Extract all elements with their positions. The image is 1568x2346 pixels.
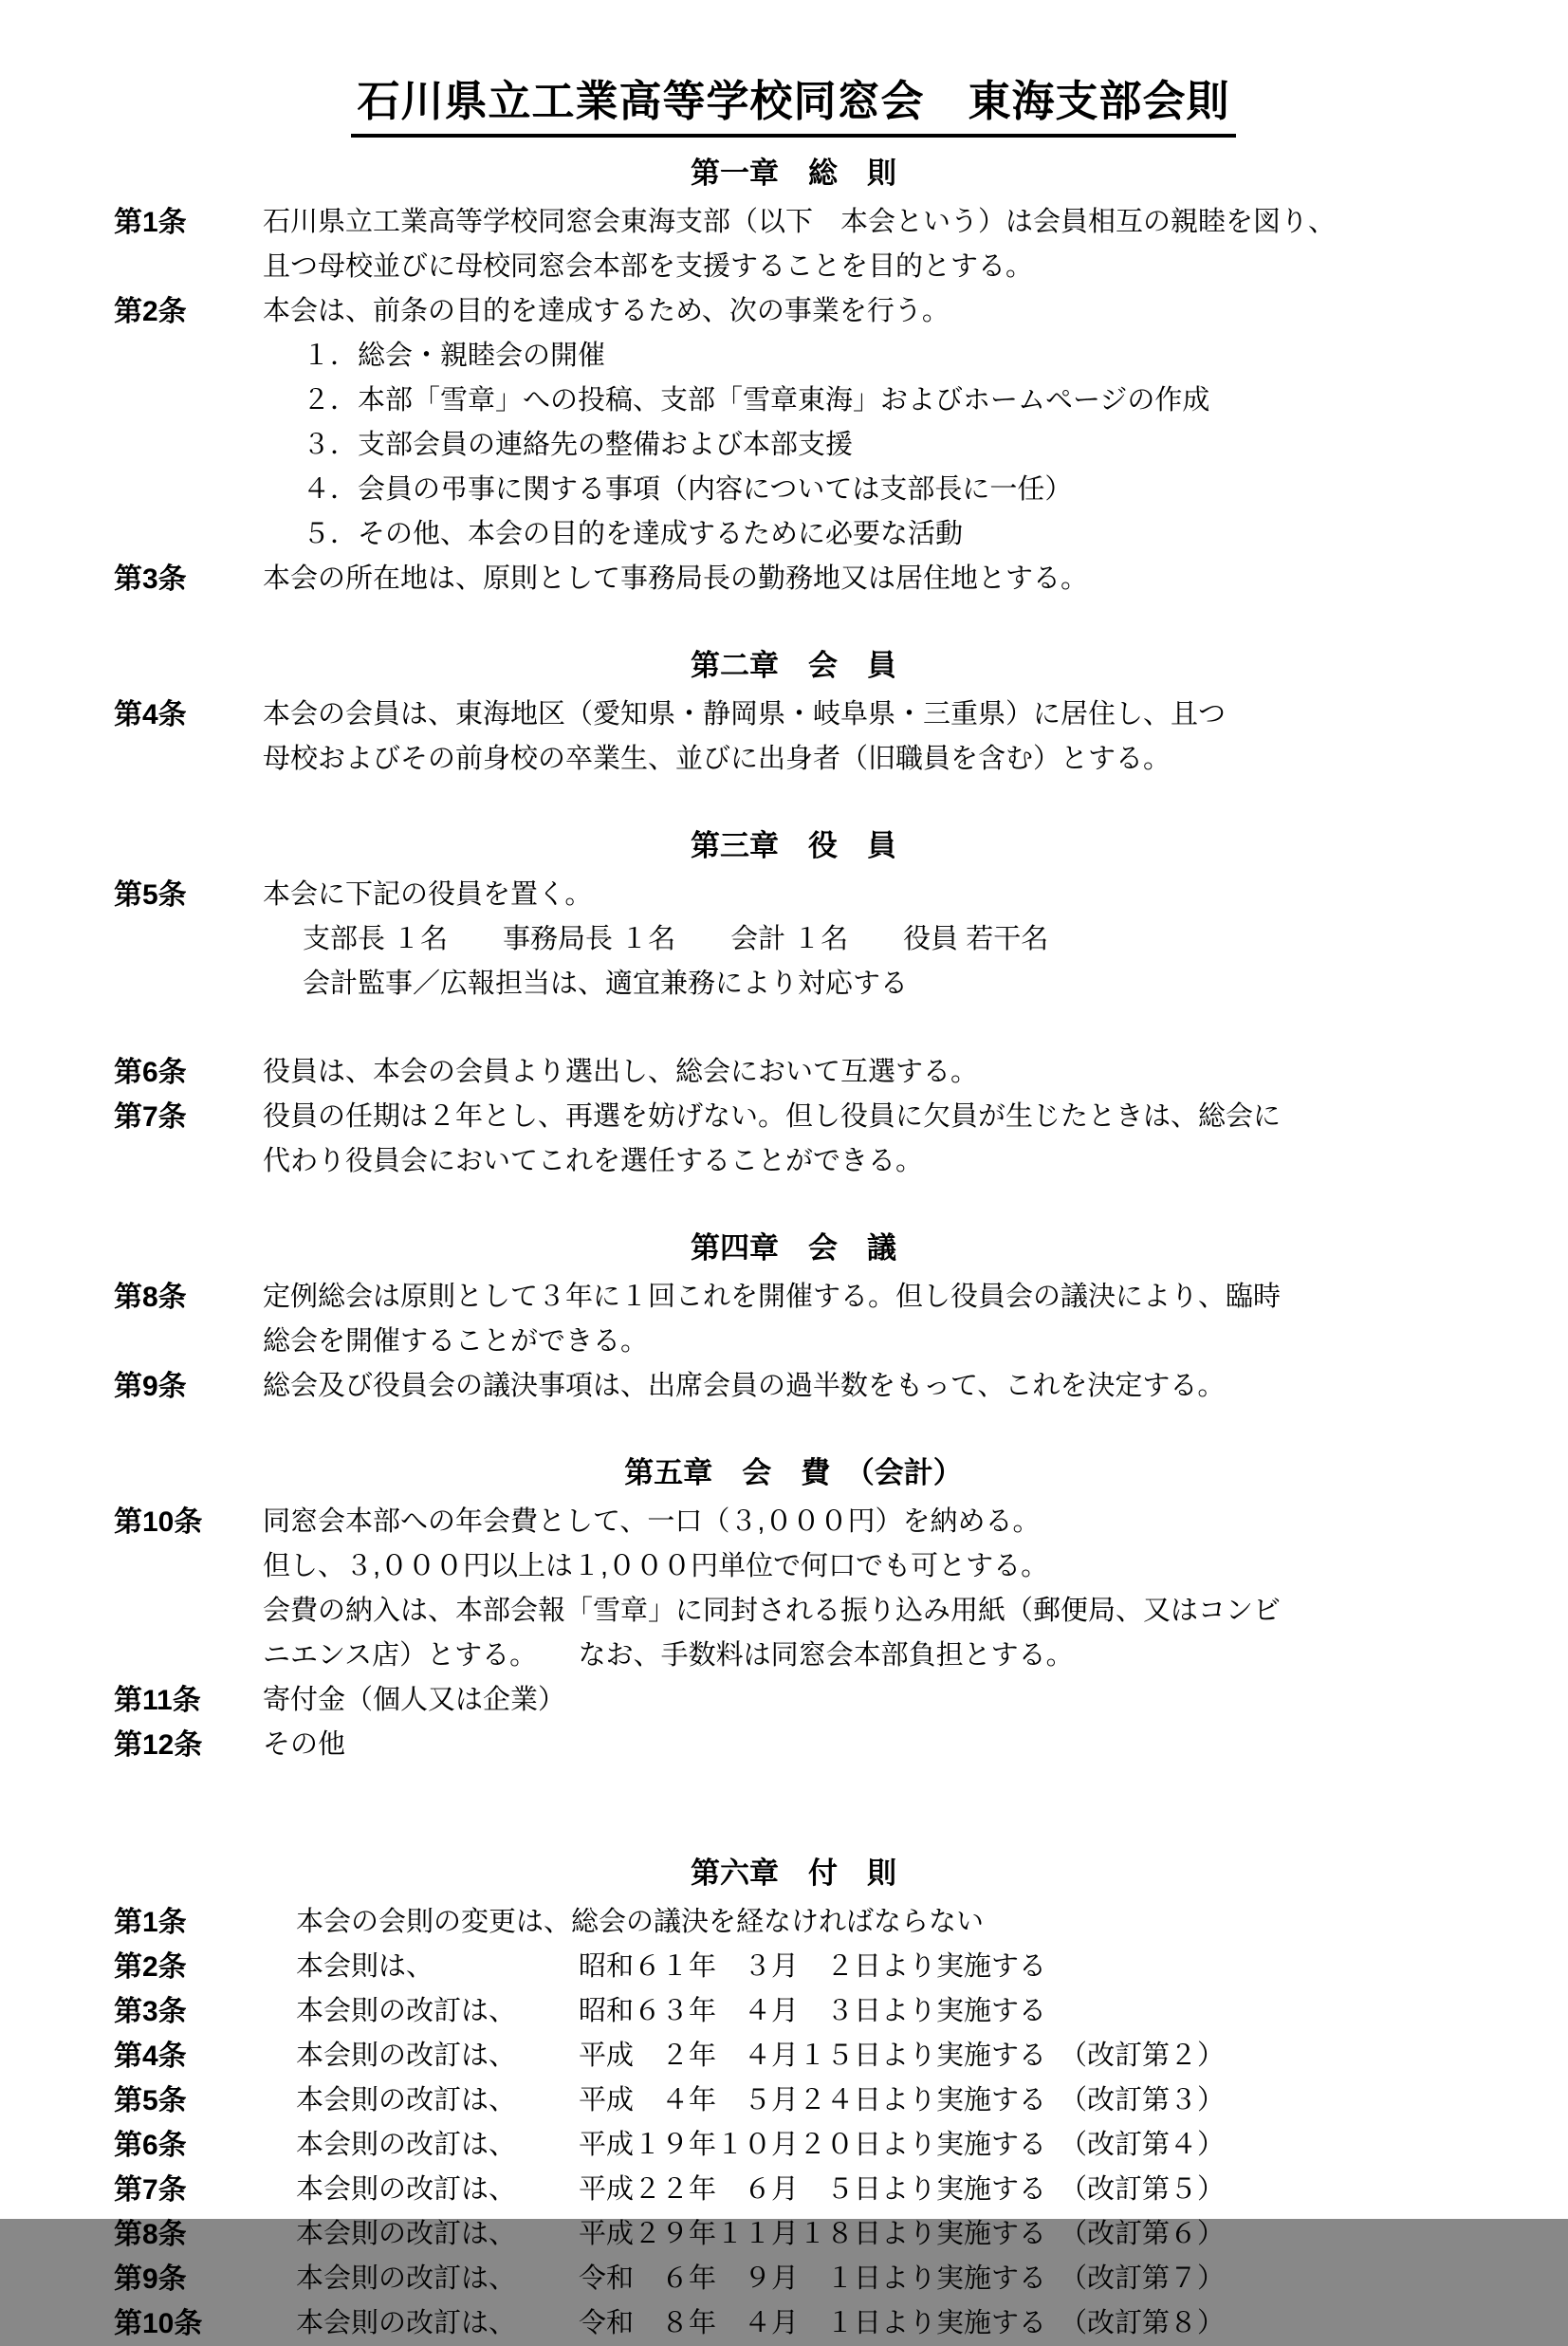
appendix-clause: 本会則の改訂は、 — [296, 2301, 579, 2346]
article-sub-text: 支部長 １名 事務局長 １名 会計 １名 役員 若干名 — [263, 917, 1473, 962]
article-body: 役員は、本会の会員より選出し、総会において互選する。 — [263, 1050, 1473, 1095]
article-number: 第10条 — [114, 1500, 263, 1544]
appendix-row: 第6条 本会則の改訂は、 平成１９年１０月２０日より実施する （改訂第４） — [114, 2123, 1473, 2168]
article-row: 第8条 定例総会は原則として３年に１回これを開催する。但し役員会の議決により、臨… — [114, 1275, 1473, 1364]
appendix-row: 第1条 本会の会則の変更は、総会の議決を経なければならない — [114, 1900, 1473, 1945]
article-number: 第4条 — [114, 693, 263, 737]
appendix-note: （改訂第８） — [1060, 2301, 1225, 2346]
article-text: 但し、３,０００円以上は１,０００円単位で何口でも可とする。 — [263, 1544, 1473, 1589]
article-text: 寄付金（個人又は企業） — [263, 1678, 1473, 1723]
article-number: 第9条 — [114, 1364, 263, 1409]
article-number: 第12条 — [114, 1723, 263, 1767]
chapter-heading-4: 第四章 会 議 — [114, 1226, 1473, 1270]
appendix-date: 平成２９年１１月１８日より実施する — [579, 2212, 1046, 2257]
article-list-item: ４．会員の弔事に関する事項（内容については支部長に一任） — [263, 468, 1473, 512]
article-number: 第1条 — [114, 1900, 263, 1945]
article-body: 石川県立工業高等学校同窓会東海支部（以下 本会という）は会員相互の親睦を図り、 … — [263, 200, 1473, 289]
appendix-date: 昭和６３年 ４月 ３日より実施する — [579, 1989, 1046, 2034]
article-number: 第10条 — [114, 2301, 263, 2346]
article-row: 第10条 同窓会本部への年会費として、一口（３,０００円）を納める。 但し、３,… — [114, 1500, 1473, 1678]
article-body: その他 — [263, 1723, 1473, 1767]
article-list-item: ３．支部会員の連絡先の整備および本部支援 — [263, 423, 1473, 468]
article-text: 役員の任期は２年とし、再選を妨げない。但し役員に欠員が生じたときは、総会に — [263, 1095, 1473, 1139]
article-text: 総会及び役員会の議決事項は、出席会員の過半数をもって、これを決定する。 — [263, 1364, 1473, 1409]
article-list-item: ５．その他、本会の目的を達成するために必要な活動 — [263, 512, 1473, 557]
appendix-date: 昭和６１年 ３月 ２日より実施する — [579, 1945, 1046, 1989]
document-title: 石川県立工業高等学校同窓会 東海支部会則 — [114, 74, 1473, 138]
article-body: 同窓会本部への年会費として、一口（３,０００円）を納める。 但し、３,０００円以… — [263, 1500, 1473, 1678]
appendix-clause: 本会則の改訂は、 — [296, 2034, 579, 2078]
article-body: 本会の所在地は、原則として事務局長の勤務地又は居住地とする。 — [263, 557, 1473, 601]
article-body: 寄付金（個人又は企業） — [263, 1678, 1473, 1723]
chapter-heading-2: 第二章 会 員 — [114, 643, 1473, 688]
article-body: 役員の任期は２年とし、再選を妨げない。但し役員に欠員が生じたときは、総会に 代わ… — [263, 1095, 1473, 1184]
article-number: 第1条 — [114, 200, 263, 245]
appendix-row: 第2条 本会則は、 昭和６１年 ３月 ２日より実施する — [114, 1945, 1473, 1989]
appendix-row: 第4条 本会則の改訂は、 平成 ２年 ４月１５日より実施する （改訂第２） — [114, 2034, 1473, 2078]
appendix-date: 平成２２年 ６月 ５日より実施する — [579, 2168, 1046, 2212]
appendix-date: 令和 ６年 ９月 １日より実施する — [579, 2257, 1046, 2301]
article-number: 第8条 — [114, 1275, 263, 1320]
article-number: 第9条 — [114, 2257, 263, 2301]
appendix-row: 第9条 本会則の改訂は、 令和 ６年 ９月 １日より実施する （改訂第７） — [114, 2257, 1473, 2301]
article-number: 第6条 — [114, 2123, 263, 2168]
article-number: 第4条 — [114, 2034, 263, 2078]
document-title-text: 石川県立工業高等学校同窓会 東海支部会則 — [351, 74, 1235, 138]
article-text: 定例総会は原則として３年に１回これを開催する。但し役員会の議決により、臨時 — [263, 1275, 1473, 1320]
article-text: 同窓会本部への年会費として、一口（３,０００円）を納める。 — [263, 1500, 1473, 1544]
appendix-date: 令和 ８年 ４月 １日より実施する — [579, 2301, 1046, 2346]
article-body: 本会は、前条の目的を達成するため、次の事業を行う。 １．総会・親睦会の開催 ２．… — [263, 289, 1473, 557]
appendix-row: 第10条 本会則の改訂は、 令和 ８年 ４月 １日より実施する （改訂第８） — [114, 2301, 1473, 2346]
appendix-note: （改訂第２） — [1060, 2034, 1225, 2078]
article-number: 第3条 — [114, 557, 263, 601]
article-sub-text: 会計監事／広報担当は、適宜兼務により対応する — [263, 962, 1473, 1007]
article-number: 第6条 — [114, 1050, 263, 1095]
appendix-clause: 本会則の改訂は、 — [296, 1989, 579, 2034]
article-row: 第3条 本会の所在地は、原則として事務局長の勤務地又は居住地とする。 — [114, 557, 1473, 601]
article-text: 本会の所在地は、原則として事務局長の勤務地又は居住地とする。 — [263, 557, 1473, 601]
article-list-item: １．総会・親睦会の開催 — [263, 334, 1473, 379]
article-body: 本会に下記の役員を置く。 支部長 １名 事務局長 １名 会計 １名 役員 若干名… — [263, 873, 1473, 1007]
chapter-heading-6: 第六章 付 則 — [114, 1851, 1473, 1895]
article-text: その他 — [263, 1723, 1473, 1767]
article-row: 第6条 役員は、本会の会員より選出し、総会において互選する。 — [114, 1050, 1473, 1095]
article-row: 第9条 総会及び役員会の議決事項は、出席会員の過半数をもって、これを決定する。 — [114, 1364, 1473, 1409]
document-page: 石川県立工業高等学校同窓会 東海支部会則 第一章 総 則 第1条 石川県立工業高… — [0, 0, 1568, 2219]
chapter-heading-3: 第三章 役 員 — [114, 823, 1473, 868]
article-text: 本会に下記の役員を置く。 — [263, 873, 1473, 917]
appendix-clause: 本会則の改訂は、 — [296, 2078, 579, 2123]
article-text: 石川県立工業高等学校同窓会東海支部（以下 本会という）は会員相互の親睦を図り、 — [263, 200, 1473, 245]
article-number: 第2条 — [114, 1945, 263, 1989]
article-body: 定例総会は原則として３年に１回これを開催する。但し役員会の議決により、臨時 総会… — [263, 1275, 1473, 1364]
article-body: 総会及び役員会の議決事項は、出席会員の過半数をもって、これを決定する。 — [263, 1364, 1473, 1409]
article-text: 会費の納入は、本部会報「雪章」に同封される振り込み用紙（郵便局、又はコンビ — [263, 1589, 1473, 1634]
appendix-row: 第5条 本会則の改訂は、 平成 ４年 ５月２４日より実施する （改訂第３） — [114, 2078, 1473, 2123]
appendix-note: （改訂第５） — [1060, 2168, 1225, 2212]
article-number: 第11条 — [114, 1678, 263, 1723]
article-row: 第7条 役員の任期は２年とし、再選を妨げない。但し役員に欠員が生じたときは、総会… — [114, 1095, 1473, 1184]
article-text: 代わり役員会においてこれを選任することができる。 — [263, 1139, 1473, 1184]
article-number: 第7条 — [114, 2168, 263, 2212]
article-row: 第12条 その他 — [114, 1723, 1473, 1767]
article-text: 且つ母校並びに母校同窓会本部を支援することを目的とする。 — [263, 245, 1473, 289]
article-text: 本会は、前条の目的を達成するため、次の事業を行う。 — [263, 289, 1473, 334]
appendix-date: 平成１９年１０月２０日より実施する — [579, 2123, 1046, 2168]
appendix-note: （改訂第４） — [1060, 2123, 1225, 2168]
article-number: 第5条 — [114, 873, 263, 917]
article-row: 第2条 本会は、前条の目的を達成するため、次の事業を行う。 １．総会・親睦会の開… — [114, 289, 1473, 557]
article-row: 第11条 寄付金（個人又は企業） — [114, 1678, 1473, 1723]
article-number: 第2条 — [114, 289, 263, 334]
appendix-date: 平成 ２年 ４月１５日より実施する — [579, 2034, 1046, 2078]
article-row: 第4条 本会の会員は、東海地区（愛知県・静岡県・岐阜県・三重県）に居住し、且つ … — [114, 693, 1473, 782]
appendix-clause: 本会則は、 — [296, 1945, 579, 1989]
appendix-row: 第7条 本会則の改訂は、 平成２２年 ６月 ５日より実施する （改訂第５） — [114, 2168, 1473, 2212]
chapter-heading-5: 第五章 会 費 （会計） — [114, 1450, 1473, 1495]
article-text: 本会の会員は、東海地区（愛知県・静岡県・岐阜県・三重県）に居住し、且つ — [263, 693, 1473, 737]
appendix-clause: 本会の会則の変更は、総会の議決を経なければならない — [296, 1900, 984, 1945]
article-row: 第5条 本会に下記の役員を置く。 支部長 １名 事務局長 １名 会計 １名 役員… — [114, 873, 1473, 1007]
appendix-note: （改訂第３） — [1060, 2078, 1225, 2123]
appendix-date: 平成 ４年 ５月２４日より実施する — [579, 2078, 1046, 2123]
article-number: 第7条 — [114, 1095, 263, 1139]
chapter-heading-1: 第一章 総 則 — [114, 151, 1473, 195]
article-text: 母校およびその前身校の卒業生、並びに出身者（旧職員を含む）とする。 — [263, 737, 1473, 782]
article-text: 役員は、本会の会員より選出し、総会において互選する。 — [263, 1050, 1473, 1095]
appendix-clause: 本会則の改訂は、 — [296, 2212, 579, 2257]
appendix-note: （改訂第６） — [1060, 2212, 1225, 2257]
article-number: 第5条 — [114, 2078, 263, 2123]
appendix-clause: 本会則の改訂は、 — [296, 2257, 579, 2301]
appendix-note: （改訂第７） — [1060, 2257, 1225, 2301]
article-number: 第8条 — [114, 2212, 263, 2257]
article-body: 本会の会員は、東海地区（愛知県・静岡県・岐阜県・三重県）に居住し、且つ 母校およ… — [263, 693, 1473, 782]
appendix-clause: 本会則の改訂は、 — [296, 2123, 579, 2168]
article-text: 総会を開催することができる。 — [263, 1320, 1473, 1364]
article-row: 第1条 石川県立工業高等学校同窓会東海支部（以下 本会という）は会員相互の親睦を… — [114, 200, 1473, 289]
article-number: 第3条 — [114, 1989, 263, 2034]
article-text: ニエンス店）とする。 なお、手数料は同窓会本部負担とする。 — [263, 1634, 1473, 1678]
appendix-clause: 本会則の改訂は、 — [296, 2168, 579, 2212]
appendix-row: 第3条 本会則の改訂は、 昭和６３年 ４月 ３日より実施する — [114, 1989, 1473, 2034]
article-list-item: ２．本部「雪章」への投稿、支部「雪章東海」およびホームページの作成 — [263, 379, 1473, 423]
